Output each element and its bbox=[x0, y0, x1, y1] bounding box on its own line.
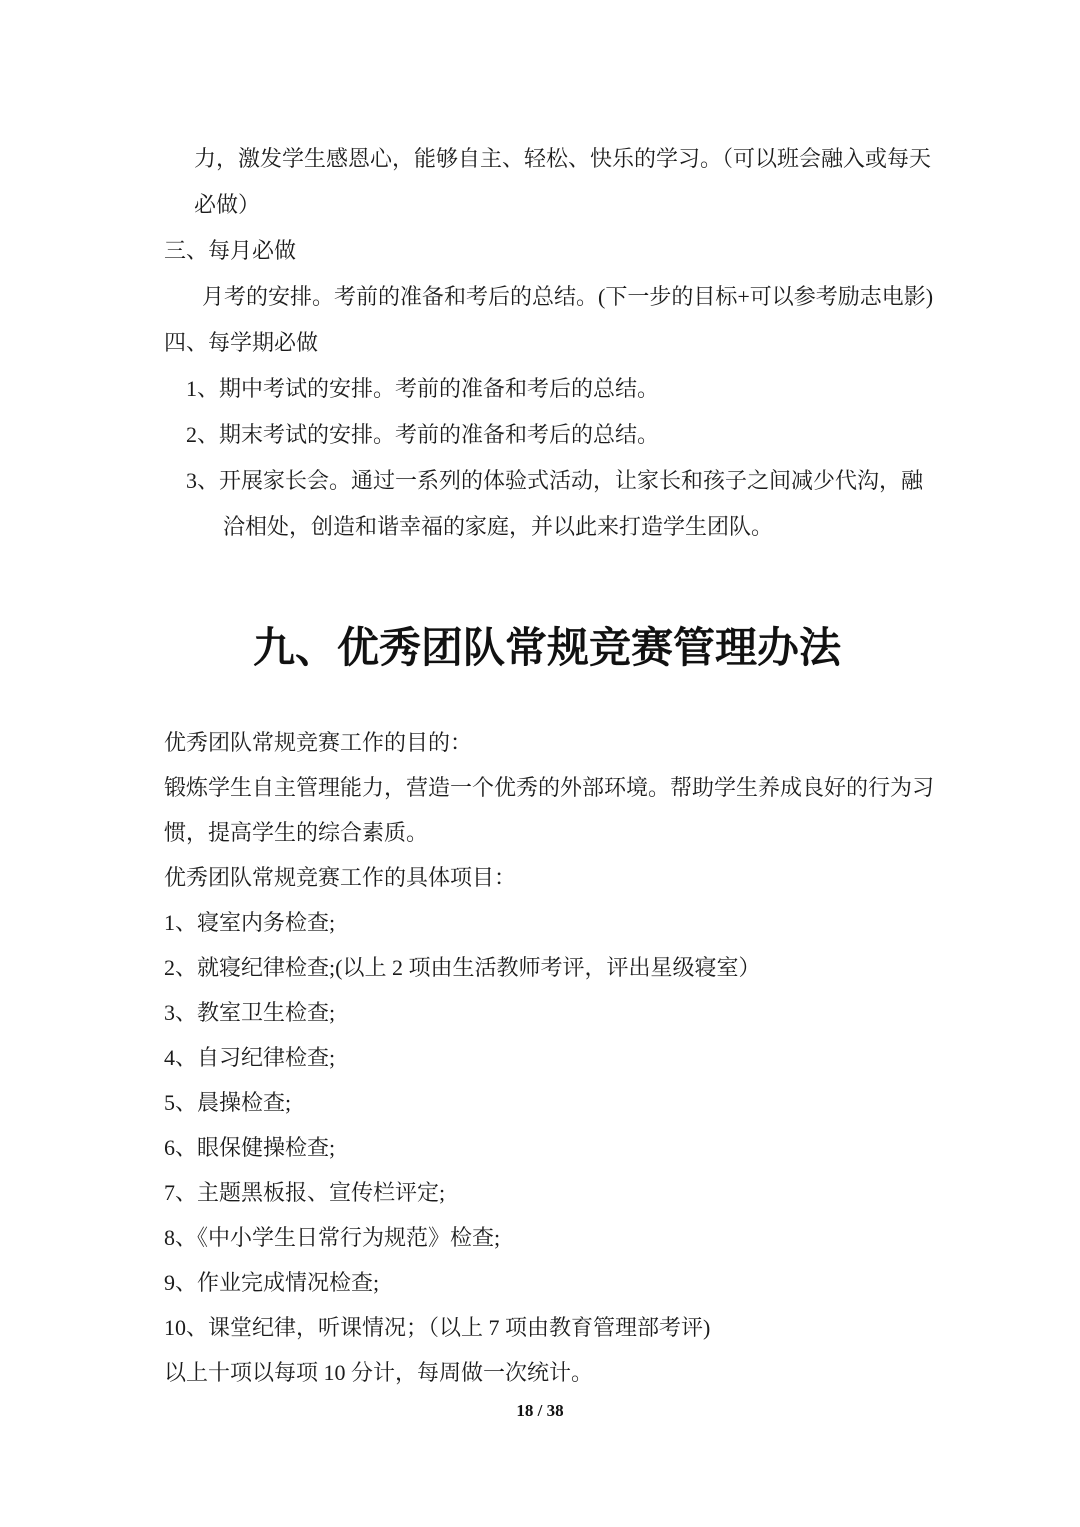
list-item: 9、作业完成情况检查; bbox=[164, 1260, 930, 1305]
paragraph-line: 优秀团队常规竞赛工作的目的： bbox=[164, 720, 930, 765]
list-item: 3、教室卫生检查; bbox=[164, 990, 930, 1035]
list-item: 2、就寝纪律检查;(以上 2 项由生活教师考评，评出星级寝室） bbox=[164, 945, 930, 990]
list-item: 7、主题黑板报、宣传栏评定; bbox=[164, 1170, 930, 1215]
paragraph-line: 惯，提高学生的综合素质。 bbox=[164, 810, 930, 855]
page-content: 力，激发学生感恩心，能够自主、轻松、快乐的学习。（可以班会融入或每天 必做） 三… bbox=[0, 0, 1080, 1395]
list-item: 4、自习纪律检查; bbox=[164, 1035, 930, 1080]
list-item: 10、课堂纪律，听课情况；（以上 7 项由教育管理部考评) bbox=[164, 1305, 930, 1350]
paragraph-line: 优秀团队常规竞赛工作的具体项目： bbox=[164, 855, 930, 900]
section-title: 九、优秀团队常规竞赛管理办法 bbox=[164, 618, 930, 678]
paragraph-line: 月考的安排。考前的准备和考后的总结。(下一步的目标+可以参考励志电影) bbox=[202, 274, 930, 320]
list-item: 5、晨操检查; bbox=[164, 1080, 930, 1125]
list-item: 8、《中小学生日常行为规范》检查; bbox=[164, 1215, 930, 1260]
list-item-continuation: 洽相处，创造和谐幸福的家庭，并以此来打造学生团队。 bbox=[223, 504, 930, 550]
document-page: 力，激发学生感恩心，能够自主、轻松、快乐的学习。（可以班会融入或每天 必做） 三… bbox=[0, 0, 1080, 1527]
list-item: 6、眼保健操检查; bbox=[164, 1125, 930, 1170]
paragraph-line: 力，激发学生感恩心，能够自主、轻松、快乐的学习。（可以班会融入或每天 bbox=[194, 136, 930, 182]
list-item: 3、开展家长会。通过一系列的体验式活动，让家长和孩子之间减少代沟，融 bbox=[186, 458, 930, 504]
paragraph-line: 以上十项以每项 10 分计，每周做一次统计。 bbox=[164, 1350, 930, 1395]
list-item: 1、寝室内务检查; bbox=[164, 900, 930, 945]
section-body: 优秀团队常规竞赛工作的目的： 锻炼学生自主管理能力，营造一个优秀的外部环境。帮助… bbox=[164, 720, 930, 1395]
subsection-heading-semester: 四、每学期必做 bbox=[164, 320, 930, 366]
list-item: 2、期末考试的安排。考前的准备和考后的总结。 bbox=[186, 412, 930, 458]
paragraph-line: 必做） bbox=[194, 182, 930, 228]
paragraph-line: 锻炼学生自主管理能力，营造一个优秀的外部环境。帮助学生养成良好的行为习 bbox=[164, 765, 930, 810]
list-item: 1、期中考试的安排。考前的准备和考后的总结。 bbox=[186, 366, 930, 412]
page-number: 18 / 38 bbox=[0, 1401, 1080, 1421]
subsection-heading-monthly: 三、每月必做 bbox=[164, 228, 930, 274]
